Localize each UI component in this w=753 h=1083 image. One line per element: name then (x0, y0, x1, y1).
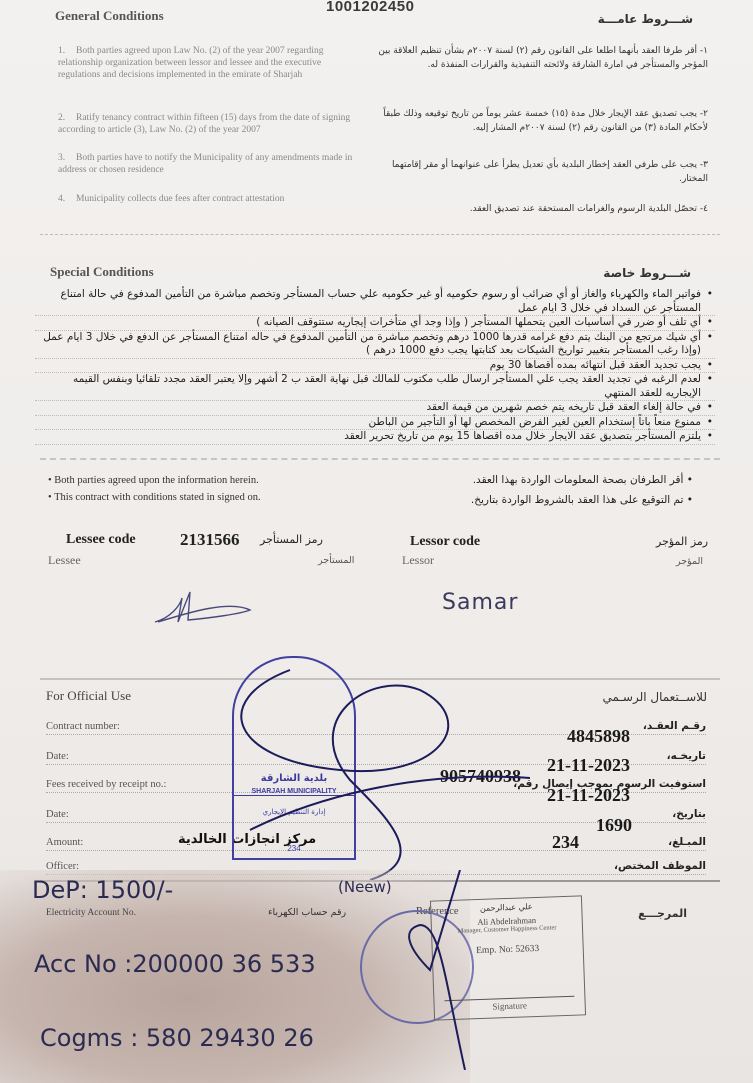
receipt-label: Fees received by receipt no.: (46, 779, 166, 790)
special-condition-2: أي تلف أو ضرر في أساسيات العين يتحملها ا… (35, 316, 715, 331)
lessor-label: Lessor (402, 553, 434, 568)
amount-label-ar: المبـلغ، (668, 836, 706, 848)
contract-page: 1001202450 General Conditions شـــروط عا… (0, 0, 753, 1083)
lessee-code-label-ar: رمز المستأجر (260, 533, 323, 546)
agreement-ar-2: • تم التوقيع على هذا العقد بالشروط الوار… (471, 490, 693, 510)
special-conditions-title: Special Conditions (50, 264, 154, 280)
handwritten-deposit: DeP: 1500/- (32, 876, 173, 904)
general-condition-ar-4: ٤- تحصّل البلدية الرسوم والغرامات المستح… (378, 202, 708, 216)
lessee-code-value: 2131566 (180, 530, 240, 550)
lessor-signature: Samar (442, 590, 518, 615)
agreement-en: • Both parties agreed upon the informati… (48, 472, 261, 506)
general-condition-3: 3.Both parties have to notify the Munici… (58, 152, 358, 176)
general-condition-ar-3: ٣- يجب على طرفي العقد إخطار البلدية بأي … (378, 158, 708, 186)
special-conditions-list: فواتير الماء والكهرباء والغاز أو أي ضرائ… (35, 288, 715, 445)
lessor-code-label: Lessor code (410, 534, 480, 550)
official-use-title-ar: للاســتعمال الرسـمي (602, 690, 707, 704)
electricity-account-label: Electricity Account No. (46, 908, 136, 918)
special-condition-7: ممنوع منعاً باتاً إستخدام العين لغير الف… (35, 416, 715, 431)
divider (40, 234, 720, 235)
date-label-ar: تاريخـه، (667, 750, 706, 762)
handwritten-new-note: (Neew) (338, 878, 392, 896)
contract-number-label-ar: رقـم العقـد، (643, 720, 706, 732)
divider (40, 458, 720, 460)
agreement-en-1: • Both parties agreed upon the informati… (48, 472, 261, 489)
special-condition-1: فواتير الماء والكهرباء والغاز أو أي ضرائ… (35, 288, 715, 316)
general-conditions-title: General Conditions (55, 8, 164, 24)
general-conditions-title-ar: شـــروط عامـــة (598, 12, 693, 26)
lessee-label: Lessee (48, 553, 81, 568)
special-condition-5: لعدم الرغبه في تجديد العقد يجب علي المست… (35, 373, 715, 401)
agreement-ar: • أقر الطرفان بصحة المعلومات الواردة بهذ… (471, 470, 693, 510)
receipt-date-label-ar: بتاريخ، (672, 808, 706, 820)
reference-label-ar: المرجـــع (638, 907, 687, 920)
special-conditions-title-ar: شـــروط خاصة (603, 266, 691, 280)
amount-label: Amount: (46, 837, 83, 848)
date-label: Date: (46, 751, 69, 762)
general-condition-ar-1: ١- أقر طرفا العقد بأنهما اطلعا على القان… (378, 44, 708, 72)
officer-label-ar: الموظف المختص، (614, 860, 706, 872)
contract-number-label: Contract number: (46, 721, 120, 732)
handwritten-account-number: Acc No :200000 36 533 (34, 950, 316, 978)
general-condition-1: 1.Both parties agreed upon Law No. (2) o… (58, 45, 358, 81)
special-condition-4: يجب تجديد العقد قبل انتهائه بمده أقصاها … (35, 359, 715, 374)
general-condition-ar-2: ٢- يجب تصديق عقد الإيجار خلال مدة (١٥) خ… (378, 107, 708, 135)
check-mark-scribble-icon (390, 870, 470, 1070)
lessor-label-ar: المؤجر (676, 556, 703, 567)
special-condition-6: في حالة إلغاء العقد قبل تاريخه يتم خصم ش… (35, 401, 715, 416)
lessee-code-label: Lessee code (66, 532, 136, 548)
lessee-label-ar: المستأجر (318, 555, 354, 566)
officer-value: 234 (552, 832, 579, 853)
electricity-account-label-ar: رقم حساب الكهرباء (268, 907, 346, 918)
special-condition-8: يلتزم المستأجر بتصديق عقد الايجار خلال م… (35, 430, 715, 445)
agreement-en-2: • This contract with conditions stated i… (48, 489, 261, 506)
agreement-ar-1: • أقر الطرفان بصحة المعلومات الواردة بهذ… (471, 470, 693, 490)
general-condition-4: 4.Municipality collects due fees after c… (58, 193, 358, 205)
officer-signature-scribble-icon (190, 660, 530, 890)
document-number: 1001202450 (326, 0, 414, 15)
lessor-code-label-ar: رمز المؤجر (656, 535, 708, 548)
handwritten-cogms-number: Cogms : 580 29430 26 (40, 1024, 314, 1052)
signature-scribble-icon (150, 588, 260, 628)
receipt-date-label: Date: (46, 809, 69, 820)
official-use-title: For Official Use (46, 688, 131, 704)
lessee-signature (150, 588, 260, 633)
general-condition-2: 2.Ratify tenancy contract within fifteen… (58, 112, 358, 136)
special-condition-3: أي شيك مرتجع من البنك يتم دفع غرامه قدره… (35, 331, 715, 359)
